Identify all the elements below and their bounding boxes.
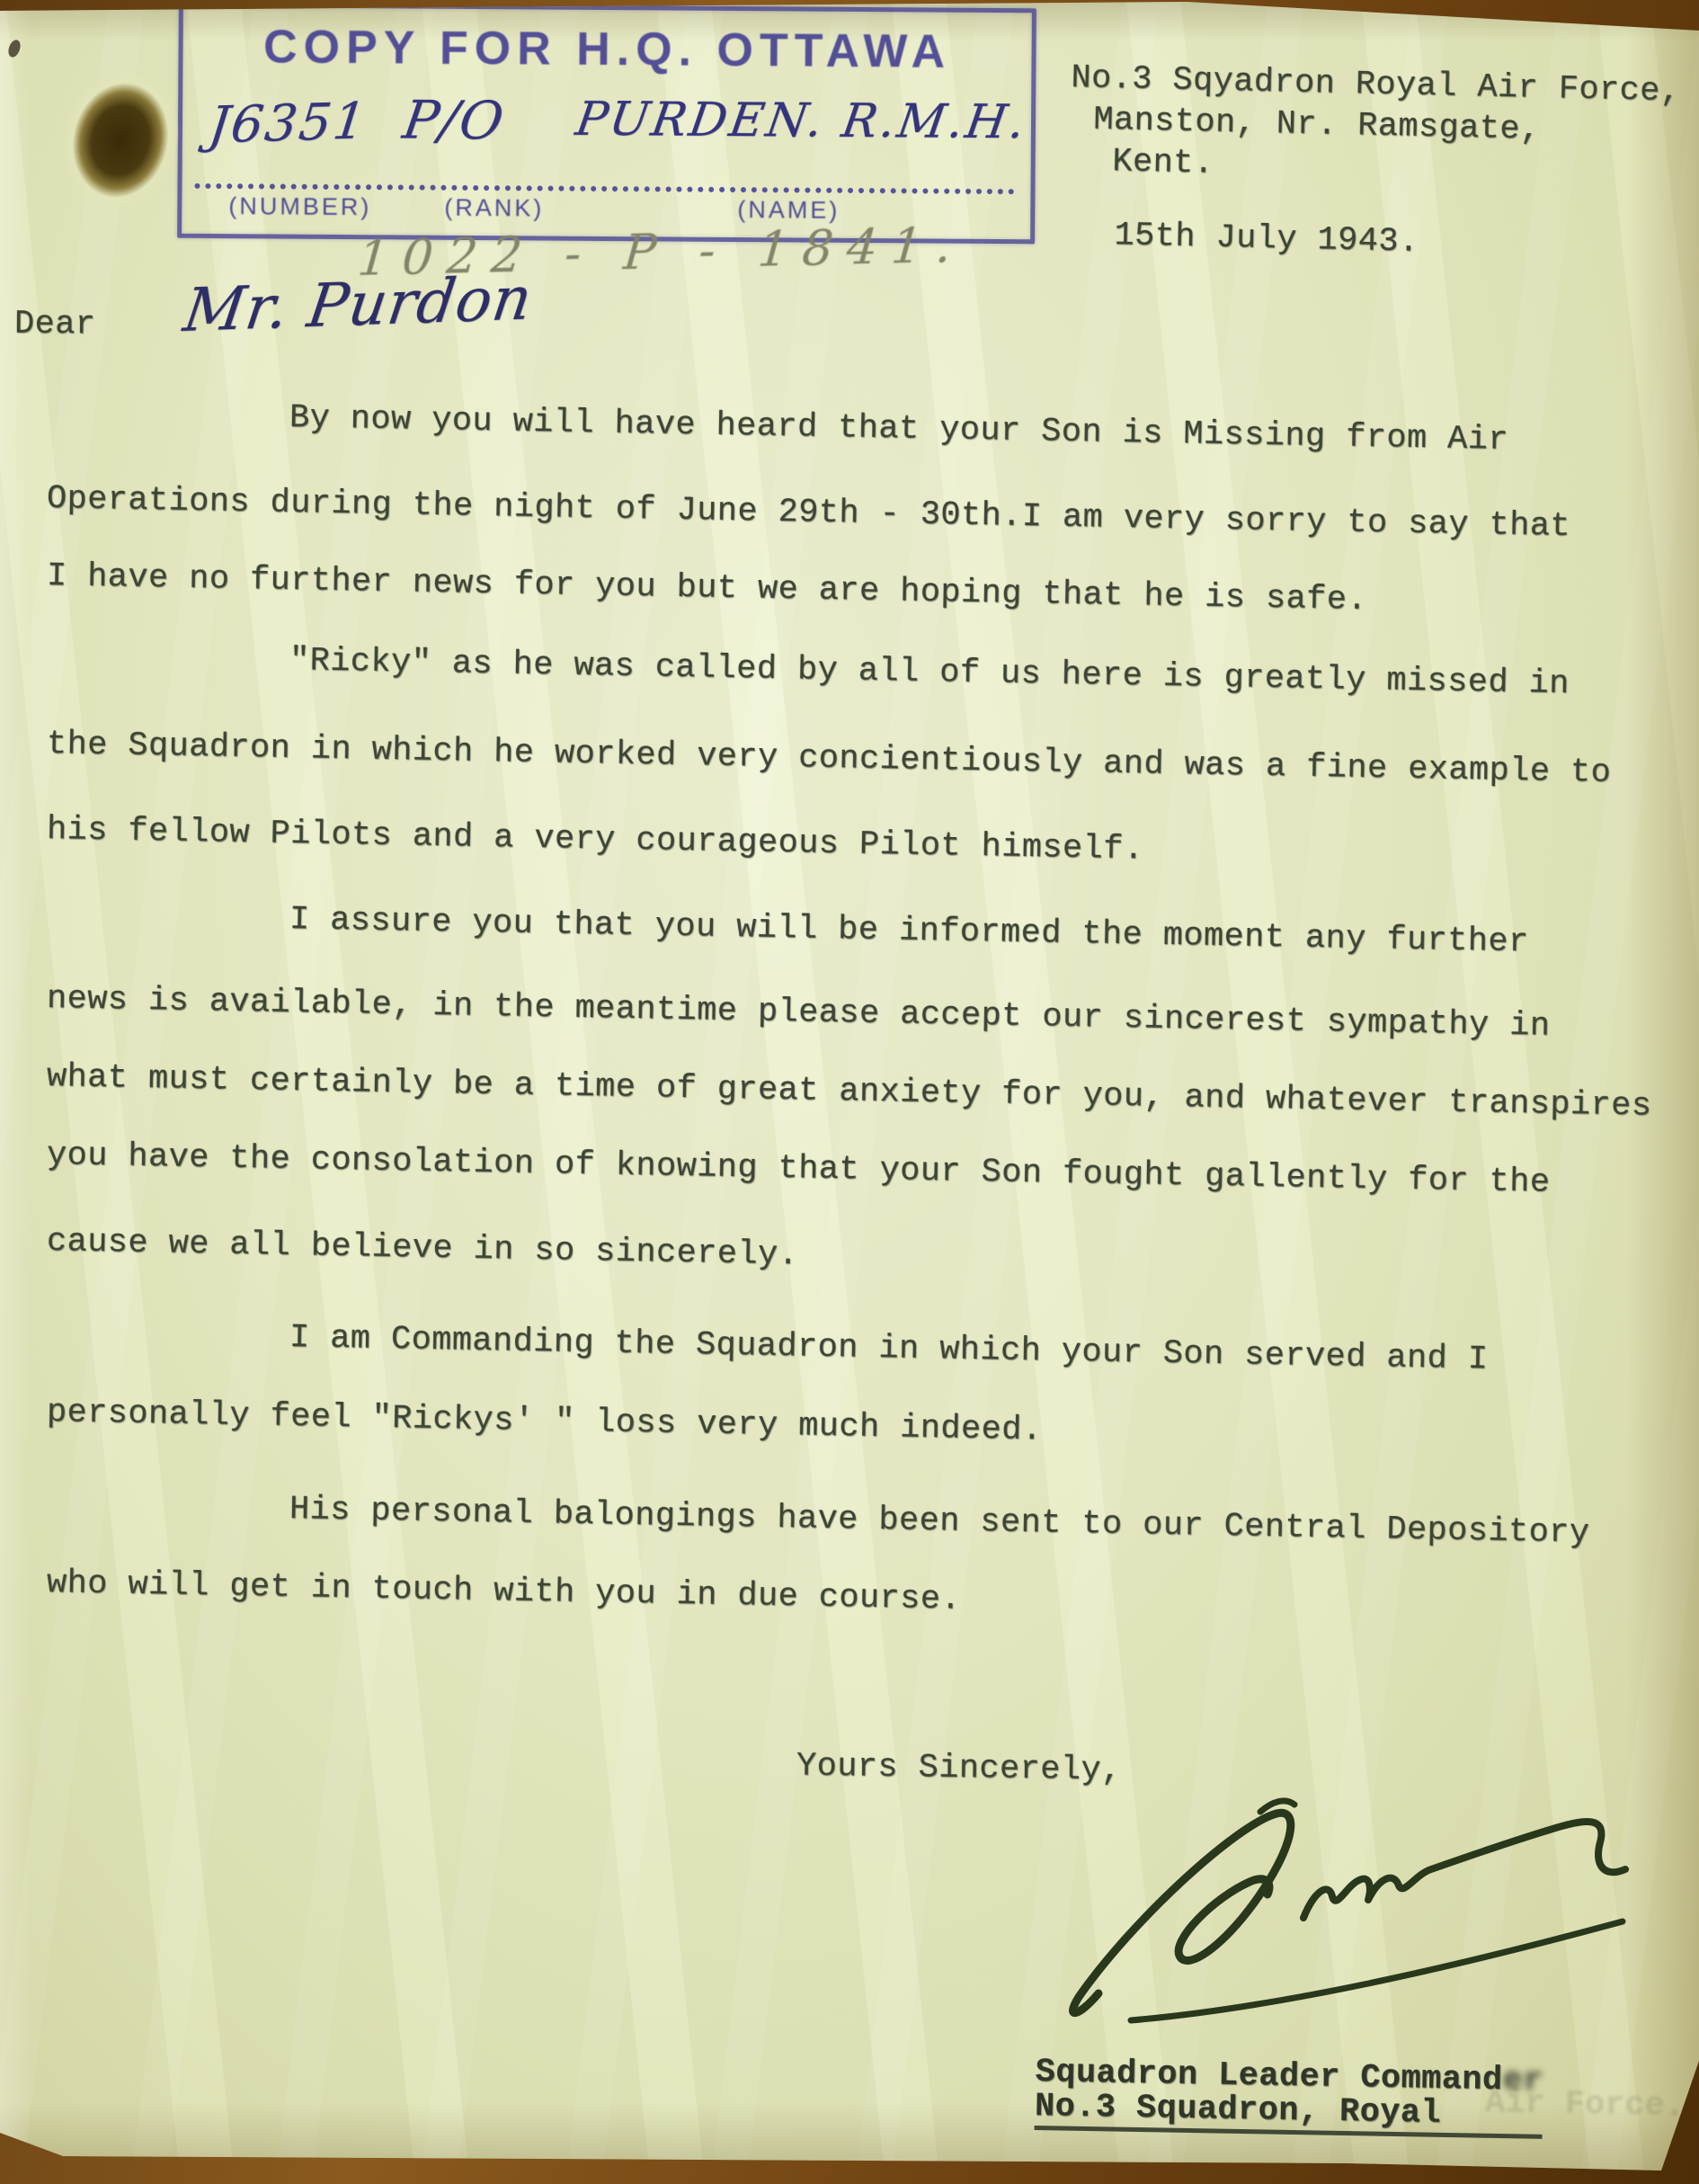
body-line: I assure you that you will be informed t… — [289, 899, 1529, 963]
stamp-rank-label: (RANK) — [444, 194, 544, 223]
body-line: I have no further news for you but we ar… — [47, 556, 1368, 621]
stamp-number-label: (NUMBER) — [228, 192, 371, 221]
body-line: news is available, in the meantime pleas… — [47, 978, 1551, 1047]
body-line: His personal balongings have been sent t… — [289, 1489, 1590, 1555]
punched-hole — [49, 60, 191, 219]
signer-unit-ghost-text: Air Force. — [1485, 2084, 1686, 2126]
body-line: I am Commanding the Squadron in which yo… — [289, 1317, 1489, 1380]
body-line: cause we all believe in so sincerely. — [47, 1221, 799, 1276]
stamp-title: COPY FOR H.Q. OTTAWA — [182, 20, 1031, 80]
body-line: who will get in touch with you in due co… — [47, 1563, 962, 1621]
body-line: "Ricky" as he was called by all of us he… — [289, 640, 1570, 705]
scanned-letter-photo: { "stamp": { "title": "COPY FOR H.Q. OTT… — [0, 0, 1699, 2184]
body-line: you have the consolation of knowing that… — [47, 1135, 1551, 1204]
letter-date: 15th July 1943. — [1114, 215, 1677, 269]
body-line: his fellow Pilots and a very courageous … — [47, 809, 1144, 870]
stamp-number-value: J6351 — [206, 92, 370, 155]
stamp-rank-value: P/O — [399, 89, 509, 151]
body-line: what must certainly be a time of great a… — [47, 1056, 1652, 1128]
body-line: Operations during the night of June 29th… — [47, 478, 1571, 548]
body-line: the Squadron in which he worked very con… — [47, 724, 1612, 794]
body-line: By now you will have heard that your Son… — [289, 397, 1509, 461]
salutation-handwritten: Mr. Purdon — [180, 263, 537, 345]
body-line: personally feel "Rickys' " loss very muc… — [47, 1392, 1043, 1451]
salutation-typed: Dear — [14, 304, 96, 346]
stamp-dotted-line — [194, 158, 1014, 194]
signature-flourish — [1025, 1785, 1654, 2046]
signer-block: Squadron Leader Commander No.3 Squadron,… — [1035, 2055, 1543, 2139]
sender-address-block: No.3 Sqyadron Royal Air Force, Manston, … — [1067, 58, 1681, 269]
stamp-name-value: PURDEN. R.M.H. — [573, 93, 1031, 149]
hq-ottawa-stamp-box: COPY FOR H.Q. OTTAWA J6351 P/O PURDEN. R… — [177, 3, 1036, 245]
letter-paper: COPY FOR H.Q. OTTAWA J6351 P/O PURDEN. R… — [0, 0, 1699, 2184]
